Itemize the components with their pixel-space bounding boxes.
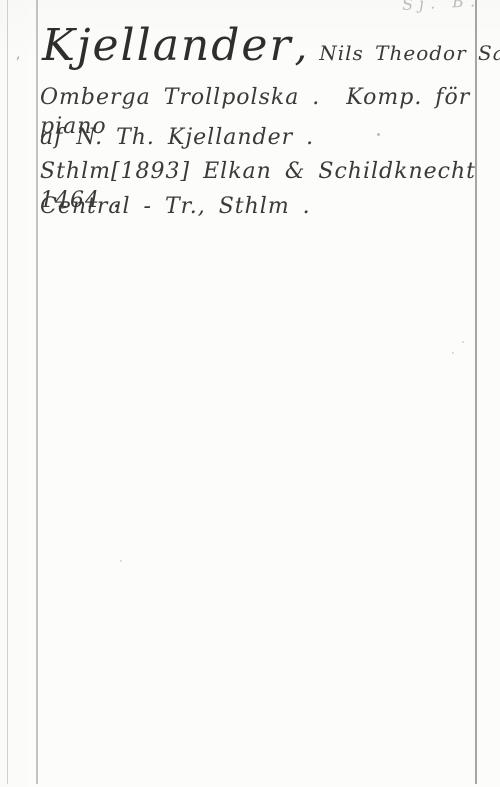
paper-speck xyxy=(452,352,454,354)
corner-pencil-note: Sj. B. xyxy=(402,0,482,14)
left-margin-rule xyxy=(36,0,38,784)
left-outer-rule xyxy=(7,0,8,784)
heading-line: Kjellander , Nils Theodor Salomon xyxy=(42,22,500,70)
text-line-author-statement: af N. Th. Kjellander . xyxy=(40,124,314,153)
paper-speck xyxy=(120,560,122,562)
heading-given-names: Nils Theodor Salomon xyxy=(319,41,500,65)
paper-speck xyxy=(462,341,464,343)
stray-ink-dot xyxy=(377,133,380,136)
margin-mark: , xyxy=(16,46,20,62)
heading-comma: , xyxy=(295,24,308,70)
heading-surname: Kjellander xyxy=(42,22,293,70)
catalog-card-scan: Sj. B. , Kjellander , Nils Theodor Salom… xyxy=(0,0,500,787)
text-line-printer: Central - Tr., Sthlm . xyxy=(40,193,311,222)
